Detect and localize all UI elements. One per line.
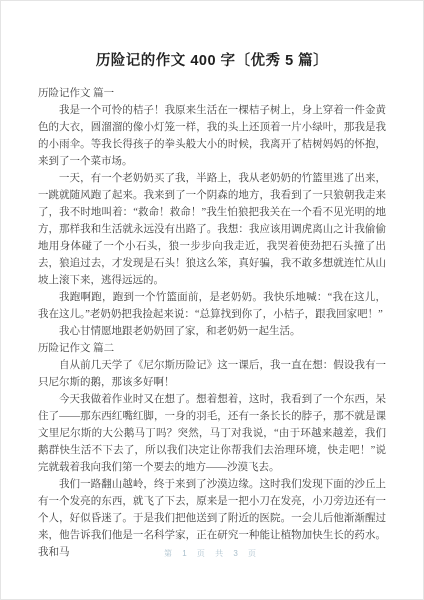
paragraph: 我是一个可怜的桔子！我原来生活在一棵桔子树上，身上穿着一件金黄色的大衣，圆溜溜的…: [38, 102, 386, 170]
paragraph: 一天，有一个老奶奶买了我，半路上，我从老奶奶的竹篮里逃了出来，一跳就随风跑了起来…: [38, 170, 386, 289]
document-page: 历险记的作文 400 字〔优秀 5 篇〕 历险记作文 篇一 我是一个可怜的桔子！…: [0, 0, 424, 600]
paragraph: 自从前几天学了《尼尔斯历险记》这一课后，我一直在想：假设我有一只尼尔斯的鹅，那该…: [38, 357, 386, 391]
paragraph: 我跑啊跑，跑到一个竹篮面前，是老奶奶。我快乐地喊：“我在这儿，我在这儿。”老奶奶…: [38, 289, 386, 323]
paragraph: 我心甘情愿地跟老奶奶回了家，和老奶奶一起生活。: [38, 323, 386, 340]
document-title: 历险记的作文 400 字〔优秀 5 篇〕: [38, 49, 386, 70]
section-heading-2: 历险记作文 篇二: [38, 340, 386, 357]
section-heading-1: 历险记作文 篇一: [38, 85, 386, 102]
paragraph: 今天我做着作业时又在想了。想着想着，这时，我看到了一个东西，呆住了——那东西红嘴…: [38, 391, 386, 476]
page-number-footer: 第 1 页 共 3 页: [1, 548, 423, 559]
